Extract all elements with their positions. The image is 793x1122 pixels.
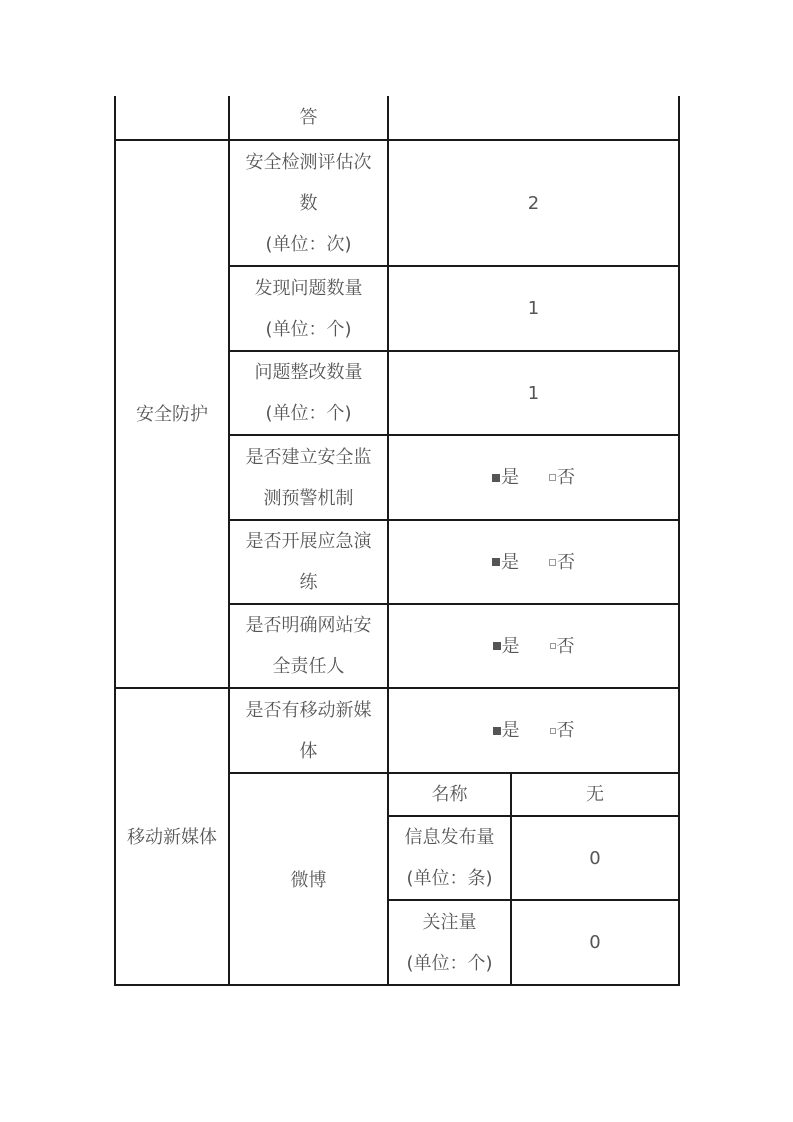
yes-checkbox[interactable]: 是	[492, 542, 519, 583]
field-value: 0	[589, 838, 600, 879]
category-cell-mobile-media: 移动新媒体	[116, 689, 228, 984]
checked-box-icon	[492, 558, 500, 566]
yes-label: 是	[501, 542, 519, 583]
field-name-cell: 信息发布量 (单位：条)	[389, 817, 510, 899]
value-text: 2	[528, 183, 539, 224]
field-value: 0	[589, 922, 600, 963]
no-label: 否	[557, 542, 575, 583]
no-checkbox[interactable]: 否	[550, 710, 575, 751]
weibo-label: 微博	[291, 860, 327, 901]
item-unit: (单位：个)	[255, 393, 363, 434]
checked-box-icon	[492, 474, 500, 482]
unchecked-box-icon	[550, 728, 556, 734]
field-name: 信息发布量	[405, 817, 495, 858]
weibo-cell: 微博	[230, 774, 387, 984]
yes-label: 是	[501, 457, 519, 498]
table-border-bottom	[114, 984, 680, 986]
item-label-line: 是否明确网站安	[246, 605, 372, 646]
item-cell: 问题整改数量 (单位：个)	[230, 352, 387, 434]
field-name: 名称	[432, 774, 468, 815]
item-label-line: 是否建立安全监	[246, 437, 372, 478]
item-label-line: 安全检测评估次	[246, 142, 372, 183]
yes-label: 是	[502, 710, 520, 751]
value-text: 1	[528, 373, 539, 414]
item-label-line: 是否开展应急演	[246, 521, 372, 562]
yes-label: 是	[502, 626, 520, 667]
value-cell: 1	[389, 267, 678, 350]
field-name-cell: 关注量 (单位：个)	[389, 901, 510, 984]
field-value-cell: 0	[512, 901, 678, 984]
value-cell: 是 否	[389, 605, 678, 687]
value-text: 1	[528, 288, 539, 329]
no-label: 否	[557, 457, 575, 498]
yes-checkbox[interactable]: 是	[492, 457, 519, 498]
field-value: 无	[586, 774, 604, 815]
field-unit: (单位：条)	[405, 858, 495, 899]
item-cell: 是否开展应急演 练	[230, 521, 387, 603]
item-label-line: 测预警机制	[246, 478, 372, 519]
yes-checkbox[interactable]: 是	[493, 626, 520, 667]
item-label-line: 全责任人	[246, 646, 372, 687]
item-cell: 发现问题数量 (单位：个)	[230, 267, 387, 350]
item-cell: 安全检测评估次 数 (单位：次)	[230, 141, 387, 265]
item-label-line: 问题整改数量	[255, 352, 363, 393]
category-label: 安全防护	[136, 394, 208, 435]
item-cell-top: 答	[230, 96, 387, 139]
unchecked-box-icon	[550, 643, 556, 649]
field-name-cell: 名称	[389, 774, 510, 815]
unchecked-box-icon	[549, 559, 556, 566]
value-cell: 2	[389, 141, 678, 265]
field-value-cell: 无	[512, 774, 678, 815]
item-label-line: 发现问题数量	[255, 268, 363, 309]
unchecked-box-icon	[549, 474, 556, 481]
checked-box-icon	[493, 727, 501, 735]
item-cell: 是否建立安全监 测预警机制	[230, 436, 387, 519]
no-checkbox[interactable]: 否	[549, 457, 575, 498]
item-unit: (单位：个)	[255, 309, 363, 350]
no-label: 否	[557, 626, 575, 667]
no-checkbox[interactable]: 否	[550, 626, 575, 667]
item-label-line: 是否有移动新媒	[246, 690, 372, 731]
checked-box-icon	[493, 642, 501, 650]
yes-checkbox[interactable]: 是	[493, 710, 520, 751]
table-border-right	[678, 96, 680, 986]
item-label: 答	[300, 97, 318, 138]
field-value-cell: 0	[512, 817, 678, 899]
value-cell: 是 否	[389, 521, 678, 603]
item-label-line: 体	[246, 731, 372, 772]
category-label: 移动新媒体	[127, 817, 217, 858]
field-name: 关注量	[406, 902, 492, 943]
value-cell: 1	[389, 352, 678, 434]
value-cell: 是 否	[389, 689, 678, 772]
item-unit: (单位：次)	[246, 224, 372, 265]
item-label-line: 练	[246, 562, 372, 603]
item-label-line: 数	[246, 183, 372, 224]
no-label: 否	[557, 710, 575, 751]
item-cell: 是否有移动新媒 体	[230, 689, 387, 772]
value-cell: 是 否	[389, 436, 678, 519]
no-checkbox[interactable]: 否	[549, 542, 575, 583]
item-cell: 是否明确网站安 全责任人	[230, 605, 387, 687]
field-unit: (单位：个)	[406, 943, 492, 984]
category-cell-security: 安全防护	[116, 141, 228, 687]
